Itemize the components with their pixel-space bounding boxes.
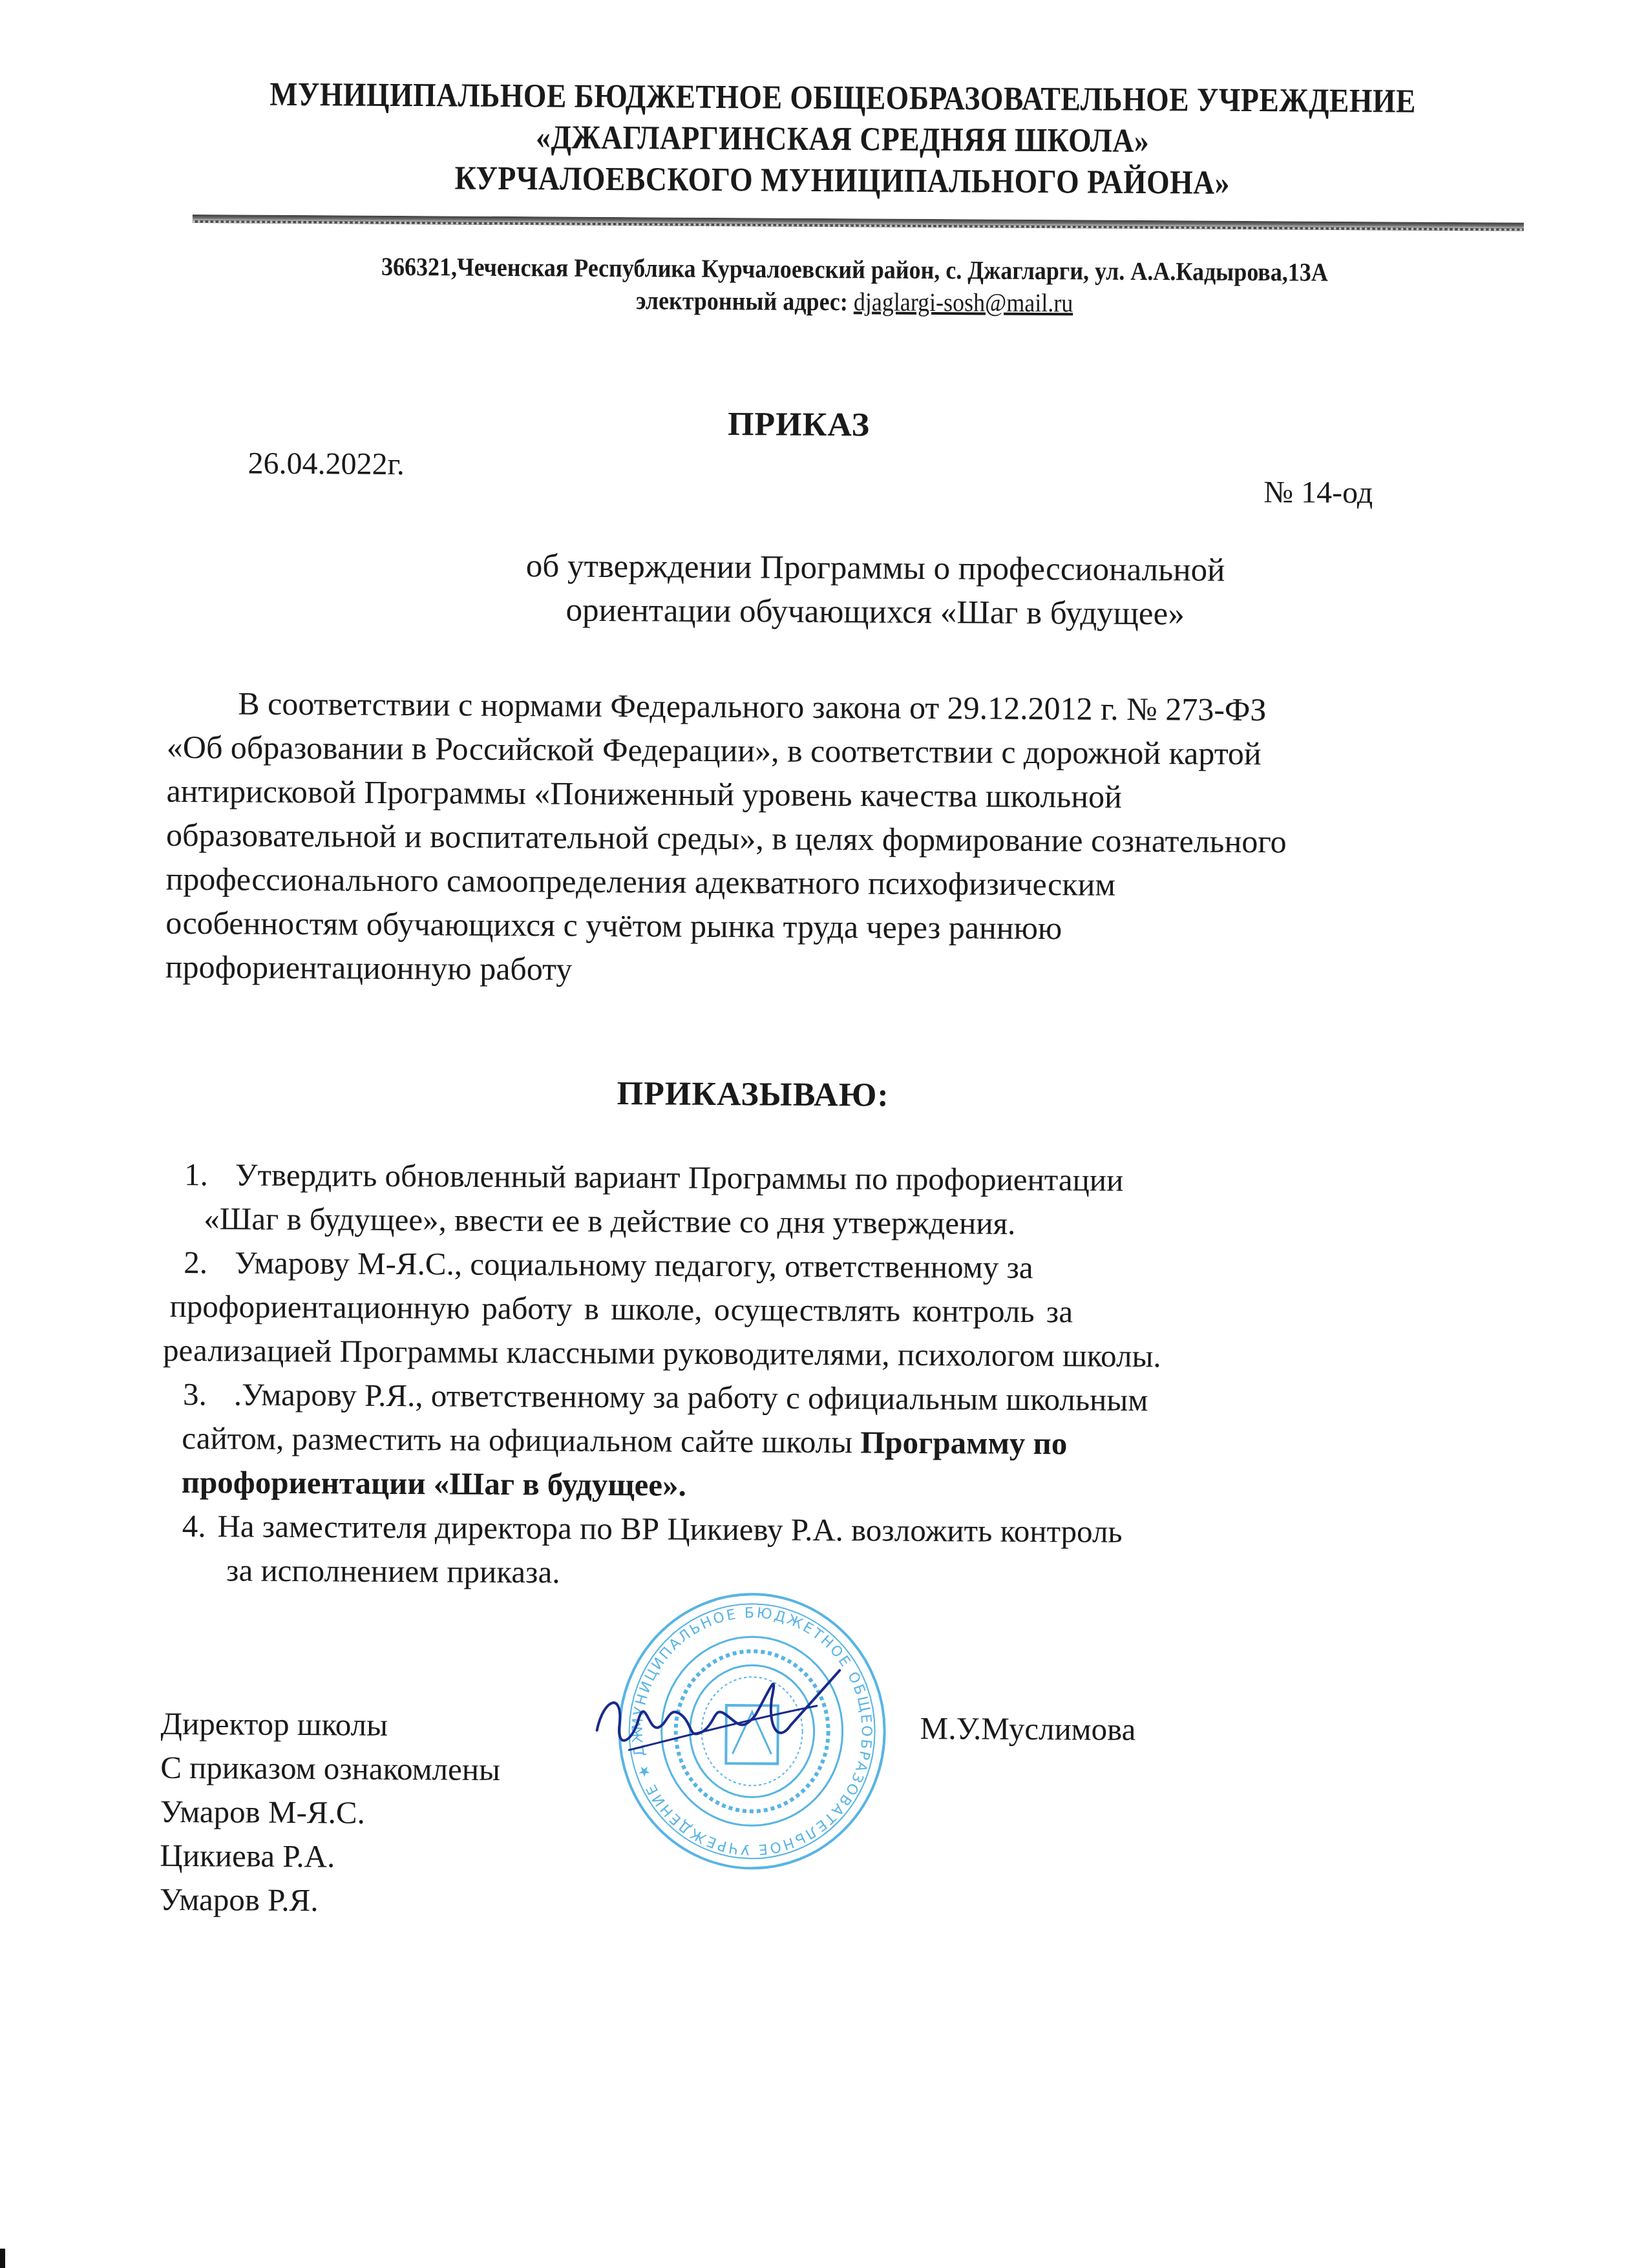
program-name-bold-line: профориентации «Шаг в будущее». xyxy=(162,1460,1519,1513)
email-link[interactable]: djaglargi-sosh@mail.ru xyxy=(854,287,1073,317)
item-text: Умарову М-Я.С., социальному педагогу, от… xyxy=(235,1244,1033,1285)
acknowledged-person: Умаров Р.Я. xyxy=(160,1878,500,1924)
address-block: 366321,Чеченская Республика Курчалоевски… xyxy=(259,250,1452,322)
acknowledged-label: С приказом ознакомлены xyxy=(160,1746,500,1792)
item-continuation: реализацией Программы классными руководи… xyxy=(163,1328,1520,1381)
order-title: ПРИКАЗ xyxy=(728,405,870,444)
acknowledged-person: Умаров М-Я.С. xyxy=(160,1790,500,1836)
item-continuation: сайтом, разместить на официальном сайте … xyxy=(162,1416,1519,1469)
signature-icon xyxy=(584,1653,856,1778)
preamble-line: профессионального самоопределения адеква… xyxy=(165,857,1523,909)
signature-block: Директор школы С приказом ознакомлены Ум… xyxy=(160,1702,501,1924)
item-number: 2. xyxy=(164,1241,235,1285)
item-number: 4. xyxy=(162,1504,217,1549)
preamble-line: «Об образовании в Российской Федерации»,… xyxy=(167,725,1524,777)
institution-header: МУНИЦИПАЛЬНОЕ БЮДЖЕТНОЕ ОБЩЕОБРАЗОВАТЕЛЬ… xyxy=(259,74,1426,205)
order-date: 26.04.2022г. xyxy=(248,446,405,482)
email-label: электронный адрес: xyxy=(636,286,854,316)
preamble-line: антирисковой Программы «Пониженный урове… xyxy=(166,769,1523,821)
order-subject: об утверждении Программы о профессиональ… xyxy=(449,543,1302,636)
scan-edge-mark xyxy=(0,2249,5,2268)
item-text: .Умарову Р.Я., ответственному за работу … xyxy=(234,1376,1148,1418)
item-number: 1. xyxy=(164,1153,235,1197)
item-text: На заместителя директора по ВР Цикиеву Р… xyxy=(217,1508,1123,1549)
item-text: сайтом, разместить на официальном сайте … xyxy=(182,1420,860,1460)
order-number: № 14-од xyxy=(1263,474,1373,510)
preamble: В соответствии с нормами Федерального за… xyxy=(165,681,1525,997)
item-continuation: «Шаг в будущее», ввести ее в действие со… xyxy=(164,1197,1521,1249)
header-divider xyxy=(193,215,1524,231)
subject-line-2: ориентации обучающихся «Шаг в будущее» xyxy=(449,587,1302,636)
header-line-1: МУНИЦИПАЛЬНОЕ БЮДЖЕТНОЕ ОБЩЕОБРАЗОВАТЕЛЬ… xyxy=(260,74,1426,123)
header-line-3: КУРЧАЛОЕВСКОГО МУНИЦИПАЛЬНОГО РАЙОНА» xyxy=(259,157,1425,205)
director-title: Директор школы xyxy=(160,1702,500,1748)
list-item-1: 1.Утвердить обновленный вариант Программ… xyxy=(164,1153,1521,1205)
preamble-line: профориентационную работу xyxy=(165,945,1523,997)
director-name: М.У.Муслимова xyxy=(920,1706,1136,1752)
list-item-4: 4.На заместителя директора по ВР Цикиеву… xyxy=(162,1504,1519,1557)
item-continuation: профориентационную работу в школе, осуще… xyxy=(163,1285,1520,1337)
acknowledged-person: Цикиева Р.А. xyxy=(160,1834,500,1880)
item-number: 3. xyxy=(163,1372,234,1417)
list-item-2: 2.Умарову М-Я.С., социальному педагогу, … xyxy=(164,1241,1521,1293)
document-page: МУНИЦИПАЛЬНОЕ БЮДЖЕТНОЕ ОБЩЕОБРАЗОВАТЕЛЬ… xyxy=(0,0,1648,2268)
header-line-2: «ДЖАГЛАРГИНСКАЯ СРЕДНЯЯ ШКОЛА» xyxy=(260,116,1426,164)
list-item-3: 3..Умарову Р.Я., ответственному за работ… xyxy=(163,1372,1520,1425)
item-text: Утвердить обновленный вариант Программы … xyxy=(235,1157,1124,1197)
order-items: 1.Утвердить обновленный вариант Программ… xyxy=(162,1153,1521,1601)
subject-line-1: об утверждении Программы о профессиональ… xyxy=(449,543,1302,593)
preamble-line: особенностям обучающихся с учётом рынка … xyxy=(165,901,1523,953)
preamble-line: В соответствии с нормами Федерального за… xyxy=(167,681,1524,733)
order-verb: ПРИКАЗЫВАЮ: xyxy=(617,1075,889,1115)
program-name-bold: Программу по xyxy=(860,1424,1067,1461)
preamble-line: образовательной и воспитательной среды»,… xyxy=(166,813,1523,865)
